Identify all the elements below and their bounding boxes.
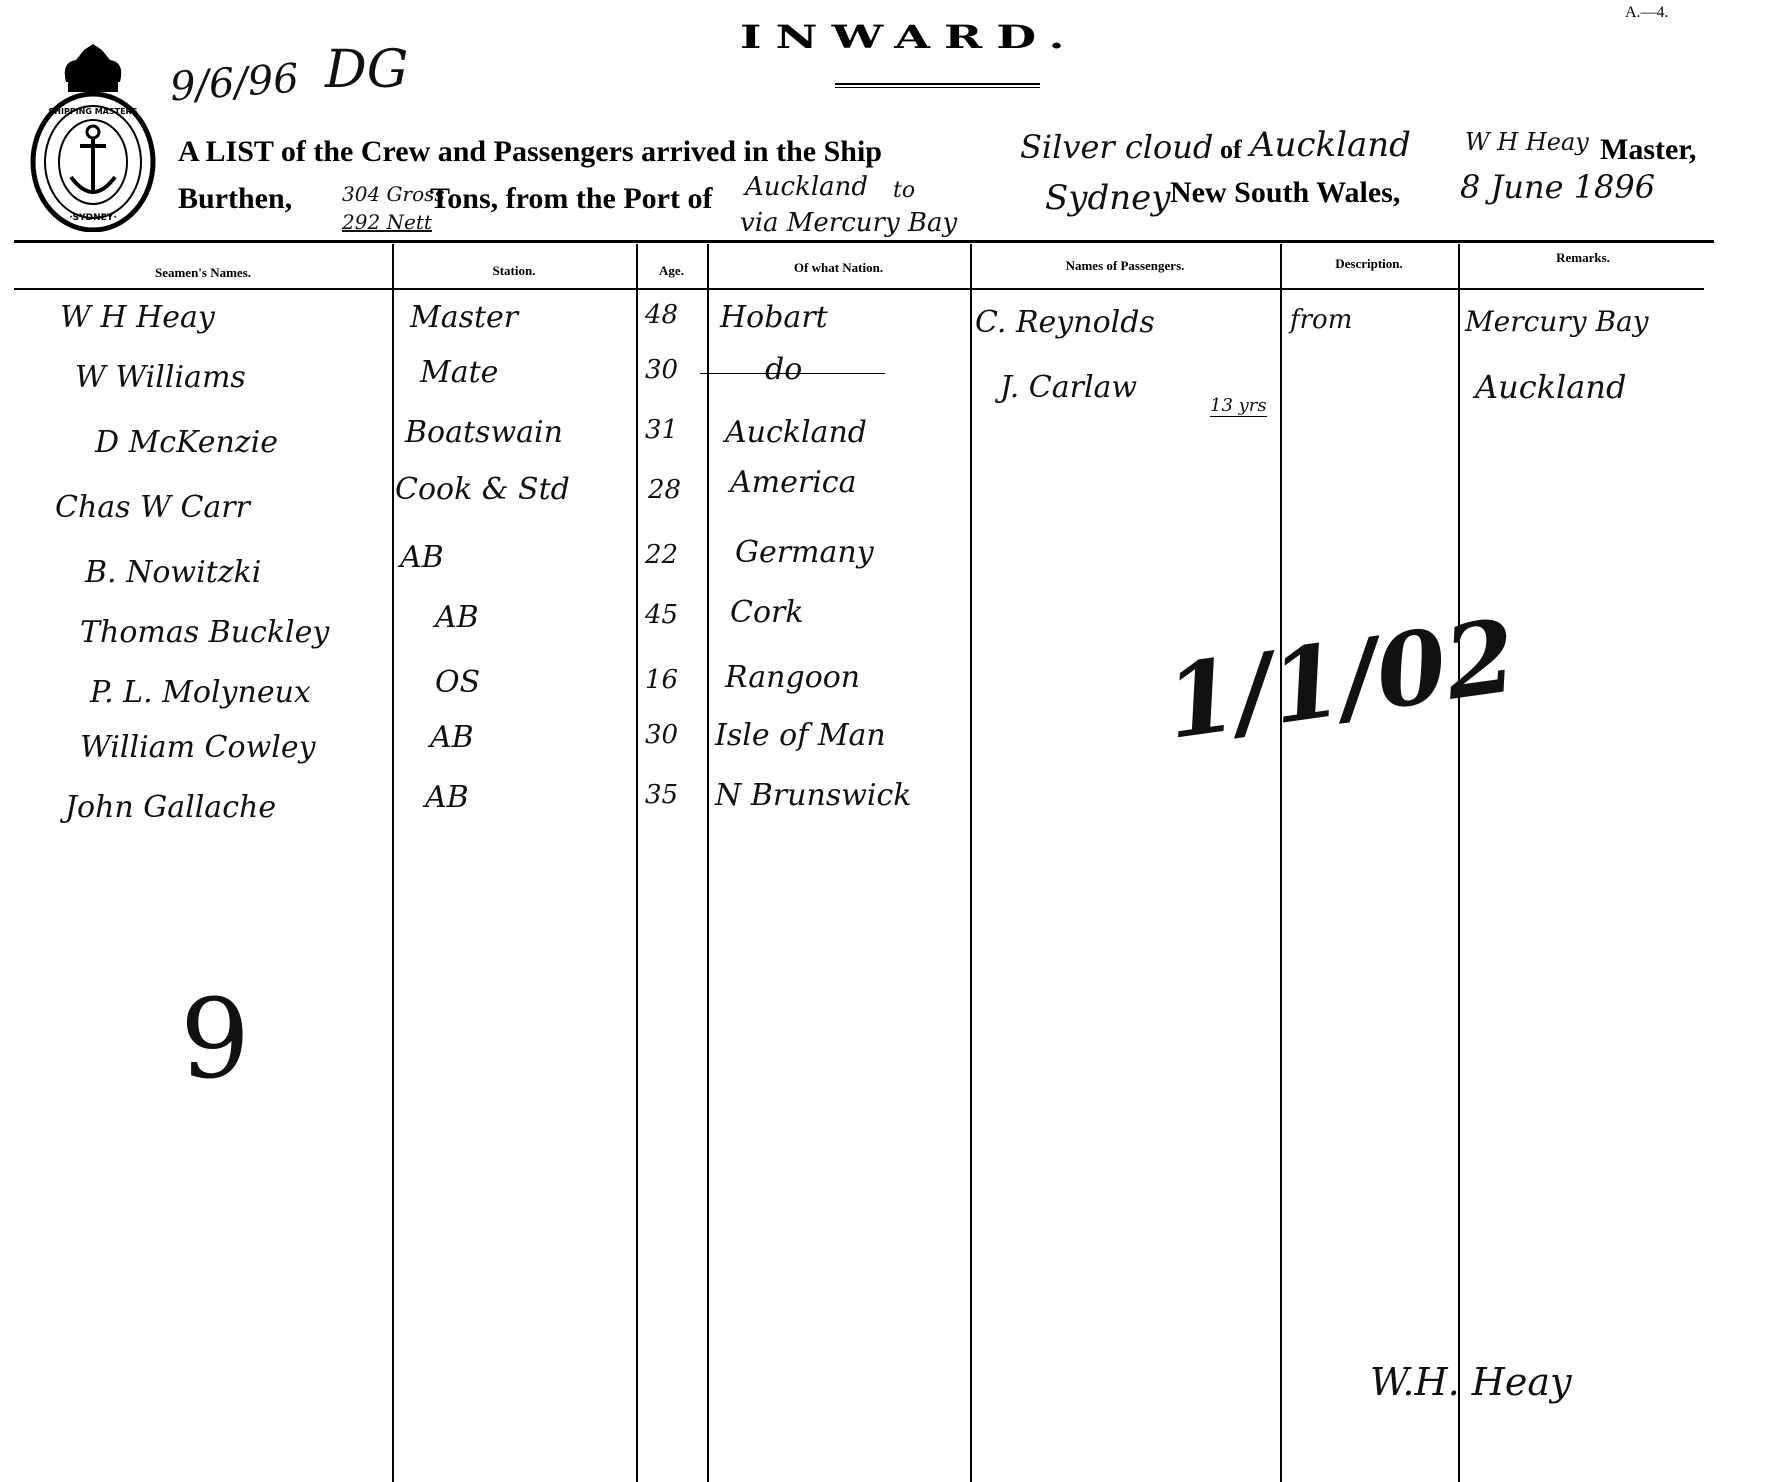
crew-station: AB: [430, 720, 474, 755]
column-header-passengers: Names of Passengers.: [970, 258, 1280, 274]
column-divider: [1458, 244, 1460, 1482]
crew-name: John Gallache: [65, 790, 276, 825]
column-header-remarks: Remarks.: [1458, 250, 1708, 266]
crew-age: 30: [645, 355, 678, 385]
initials-annotation: DG: [325, 40, 408, 100]
title-underline: [835, 83, 1040, 88]
page-title: INWARD.: [740, 18, 1078, 56]
crew-name: Chas W Carr: [55, 490, 250, 525]
master-signature: W.H. Heay: [1370, 1360, 1572, 1404]
crew-nation: Germany: [735, 535, 874, 570]
passenger-age-note: 13 yrs: [1210, 395, 1267, 417]
crew-nation: Hobart: [720, 300, 828, 335]
master-name-field[interactable]: W H Heay: [1465, 128, 1589, 156]
crew-station: Cook & Std: [395, 472, 570, 507]
ship-name-field[interactable]: Silver cloud: [1020, 128, 1213, 166]
crew-station: OS: [435, 665, 480, 700]
via-field[interactable]: via Mercury Bay: [740, 208, 957, 238]
tons-from-port-label: Tons, from the Port of: [430, 182, 712, 216]
destination-field[interactable]: Sydney: [1045, 178, 1171, 218]
list-heading-prefix: A LIST of the Crew and Passengers arrive…: [178, 135, 882, 169]
passenger-name: C. Reynolds: [975, 305, 1155, 340]
arrival-date-field[interactable]: 8 June 1896: [1460, 168, 1655, 206]
crew-name: P. L. Molyneux: [90, 675, 311, 710]
crew-station: Master: [410, 300, 518, 335]
to-label: to: [893, 178, 915, 203]
fraction-annotation: 1/1/02: [1158, 596, 1522, 762]
of-label: of: [1220, 135, 1242, 165]
crew-age: 30: [645, 720, 678, 750]
crew-nation: Auckland: [725, 415, 867, 450]
header-bottom-rule: [14, 288, 1704, 290]
passenger-remarks: Mercury Bay: [1465, 305, 1649, 338]
crew-station: AB: [400, 540, 444, 575]
from-port-field[interactable]: Auckland: [745, 172, 868, 202]
ship-port-field[interactable]: Auckland: [1250, 125, 1411, 165]
date-annotation: 9/6/96: [169, 56, 301, 111]
crew-nation: Isle of Man: [715, 718, 886, 753]
crew-count-annotation: 9: [180, 975, 250, 1103]
crew-name: Thomas Buckley: [80, 615, 329, 650]
column-header-nation: Of what Nation.: [707, 260, 970, 276]
crew-station: Mate: [420, 355, 498, 390]
crew-name: W H Heay: [60, 300, 215, 335]
column-divider: [1280, 244, 1282, 1482]
column-divider: [707, 244, 709, 1482]
crew-name: D McKenzie: [95, 425, 278, 460]
crew-age: 16: [645, 665, 678, 695]
crew-nation: do: [765, 352, 802, 387]
crew-nation: Rangoon: [725, 660, 860, 695]
column-divider: [970, 244, 972, 1482]
column-header-age: Age.: [636, 263, 707, 279]
crew-name: W Williams: [75, 360, 246, 395]
crew-nation: America: [730, 465, 857, 500]
new-south-wales-label: New South Wales,: [1170, 176, 1400, 210]
crew-name: B. Nowitzki: [85, 555, 261, 590]
passenger-remarks: Auckland: [1475, 368, 1626, 406]
passenger-name: J. Carlaw: [1000, 370, 1137, 405]
crew-nation: Cork: [730, 595, 804, 630]
svg-text:·SYDNEY·: ·SYDNEY·: [69, 213, 117, 223]
column-header-description: Description.: [1280, 256, 1458, 272]
column-header-station: Station.: [392, 263, 636, 279]
column-divider: [636, 244, 638, 1482]
crew-station: AB: [435, 600, 479, 635]
crew-station: Boatswain: [405, 415, 563, 450]
column-divider: [392, 244, 394, 1482]
burthen-nett-field[interactable]: 292 Nett: [342, 210, 432, 234]
crew-nation: N Brunswick: [715, 778, 911, 813]
svg-text:SHIPPING MASTERS: SHIPPING MASTERS: [49, 107, 138, 116]
crew-name: William Cowley: [80, 730, 316, 765]
crew-age: 22: [645, 540, 678, 570]
anchor-crown-seal-icon: SHIPPING MASTERS ·SYDNEY·: [26, 42, 160, 232]
master-label: Master,: [1600, 133, 1696, 167]
crew-age: 31: [645, 415, 678, 445]
burthen-label: Burthen,: [178, 182, 292, 216]
table-top-rule: [14, 240, 1714, 243]
crew-age: 48: [645, 300, 678, 330]
passenger-description: from: [1290, 305, 1352, 335]
ditto-line: [700, 373, 885, 374]
crew-age: 28: [648, 475, 681, 505]
crew-age: 45: [645, 600, 678, 630]
column-header-seamen: Seamen's Names.: [14, 265, 392, 281]
form-code: A.—4.: [1625, 4, 1669, 22]
crew-station: AB: [425, 780, 469, 815]
crew-age: 35: [645, 780, 678, 810]
